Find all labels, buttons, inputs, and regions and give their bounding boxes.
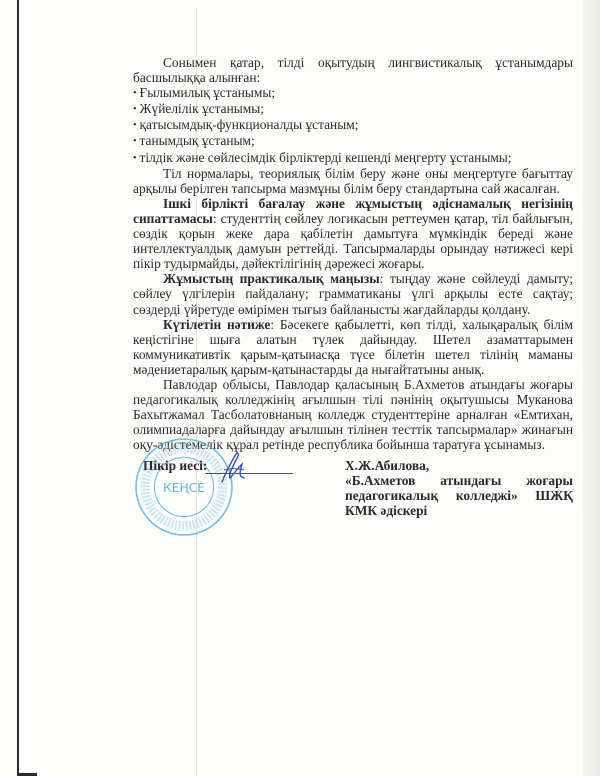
bullet-item: •қатысымдық-функционалды ұстаным;	[133, 117, 573, 133]
bullet-item: •тілдік және сөйлесімдік бірліктерді кеш…	[133, 150, 573, 166]
signature-block: КЕҢСЕ Пікір иесі: Х.Ж.Абилова, «Б.Ахмето…	[133, 458, 573, 578]
practical-heading: Жұмыстың практикалық маңызы	[163, 271, 380, 286]
scan-shadow-right	[583, 0, 600, 776]
result-heading: Күтілетін нәтиже	[163, 317, 270, 332]
bullet-icon: •	[133, 104, 137, 115]
bullet-icon: •	[133, 120, 137, 131]
bullet-item: •танымдық ұстаным;	[133, 133, 573, 149]
norms-paragraph: Тіл нормалары, теориялық білім беру және…	[133, 166, 573, 196]
scan-edge-left	[17, 0, 19, 776]
reviewer-org-line2: педагогикалық колледжі» ШЖҚ	[345, 488, 573, 503]
document-body: Сонымен қатар, тілді оқытудың лингвистик…	[133, 55, 573, 452]
bullet-icon: •	[133, 136, 137, 147]
reviewer-org-line1: «Б.Ахметов атындағы жоғары	[345, 473, 573, 488]
assessment-paragraph: Ішкі бірлікті бағалау және жұмыстың әдіс…	[133, 196, 573, 271]
reviewer-name: Х.Ж.Абилова,	[345, 458, 573, 473]
intro-paragraph: Сонымен қатар, тілді оқытудың лингвистик…	[133, 55, 573, 85]
svg-text:КЕҢСЕ: КЕҢСЕ	[163, 481, 205, 495]
bullet-icon: •	[133, 153, 137, 164]
result-paragraph: Күтілетін нәтиже: Бәсекеге қабылетті, кө…	[133, 317, 573, 377]
reviewer-info: Х.Ж.Абилова, «Б.Ахметов атындағы жоғары …	[345, 458, 573, 518]
signature-icon	[218, 448, 248, 488]
bullet-item: •Жүйелілік ұстанымы;	[133, 101, 573, 117]
practical-paragraph: Жұмыстың практикалық маңызы: тыңдау және…	[133, 271, 573, 316]
reviewer-label: Пікір иесі:	[143, 458, 207, 474]
reviewer-position: КМК әдіскері	[345, 503, 573, 518]
bullet-item: •Ғылымилық ұстанымы;	[133, 85, 573, 101]
bullet-icon: •	[133, 88, 137, 99]
